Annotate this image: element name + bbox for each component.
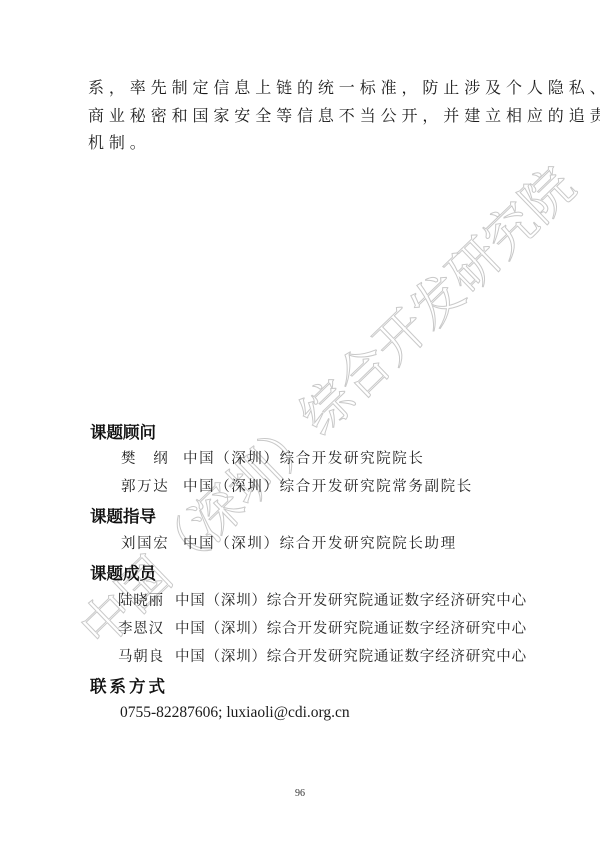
page-number: 96	[0, 788, 600, 799]
person-affiliation: 中国（深圳）综合开发研究院院长	[183, 447, 425, 468]
supervisor-entry: 刘国宏 中国（深圳）综合开发研究院院长助理	[121, 532, 169, 553]
person-name: 陆晓丽	[118, 589, 164, 610]
advisor-entry: 郭万达 中国（深圳）综合开发研究院常务副院长	[121, 475, 169, 496]
paragraph-line: 商业秘密和国家安全等信息不当公开，并建立相应的追责	[88, 102, 518, 130]
member-entry: 李恩汉 中国（深圳）综合开发研究院通证数字经济研究中心	[118, 617, 164, 638]
section-heading-advisors: 课题顾问	[90, 419, 156, 443]
section-heading-members: 课题成员	[90, 560, 156, 584]
person-name: 刘国宏	[121, 532, 169, 553]
section-heading-contact: 联系方式	[90, 673, 168, 697]
member-entry: 马朝良 中国（深圳）综合开发研究院通证数字经济研究中心	[118, 645, 164, 666]
person-affiliation: 中国（深圳）综合开发研究院通证数字经济研究中心	[175, 589, 527, 610]
advisor-entry: 樊 纲 中国（深圳）综合开发研究院院长	[121, 447, 169, 468]
person-affiliation: 中国（深圳）综合开发研究院通证数字经济研究中心	[175, 617, 527, 638]
member-entry: 陆晓丽 中国（深圳）综合开发研究院通证数字经济研究中心	[118, 589, 164, 610]
person-name: 郭万达	[121, 475, 169, 496]
paragraph-line: 系，率先制定信息上链的统一标准，防止涉及个人隐私、	[88, 74, 518, 102]
body-paragraph: 系，率先制定信息上链的统一标准，防止涉及个人隐私、 商业秘密和国家安全等信息不当…	[88, 74, 518, 157]
person-name: 马朝良	[118, 645, 164, 666]
person-name: 樊 纲	[121, 447, 169, 468]
person-affiliation: 中国（深圳）综合开发研究院院长助理	[183, 532, 457, 553]
contact-info: 0755-82287606; luxiaoli@cdi.org.cn	[120, 704, 350, 722]
person-affiliation: 中国（深圳）综合开发研究院常务副院长	[183, 475, 473, 496]
section-heading-supervisor: 课题指导	[90, 503, 156, 527]
paragraph-line: 机制。	[88, 129, 518, 157]
person-name: 李恩汉	[118, 617, 164, 638]
document-page: 中国（深圳）综合开发研究院 系，率先制定信息上链的统一标准，防止涉及个人隐私、 …	[0, 0, 600, 848]
person-affiliation: 中国（深圳）综合开发研究院通证数字经济研究中心	[175, 645, 527, 666]
